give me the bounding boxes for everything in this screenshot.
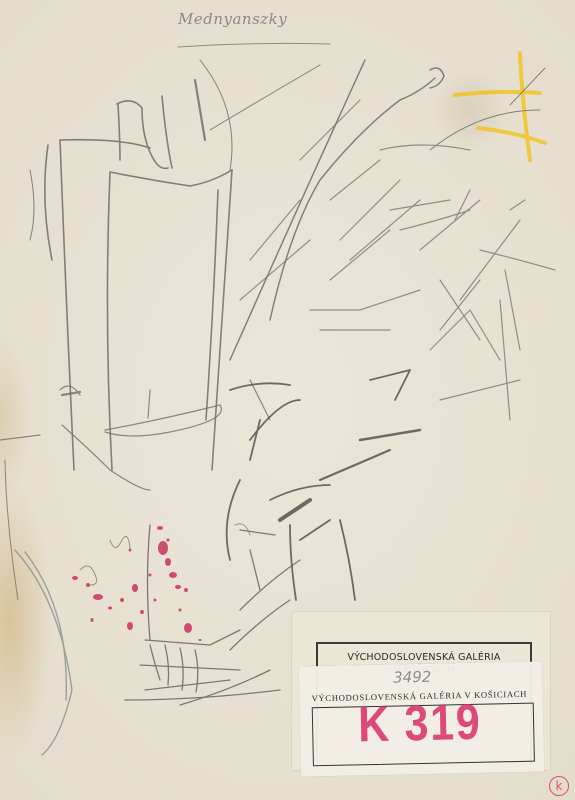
gallery-label-front: 3492 VÝCHODOSLOVENSKÁ GALÉRIA V KOŠICIAC…: [299, 661, 544, 776]
inventory-number-handwritten: 3492: [393, 668, 432, 687]
artwork-sheet: Mednyanszky VÝCHODOSLOVENSKÁ GALÉRIA V K…: [0, 0, 575, 800]
artist-signature: Mednyanszky: [178, 10, 287, 28]
catalog-stamp: K 319: [358, 697, 482, 750]
corner-mark-circled: k: [549, 776, 569, 796]
